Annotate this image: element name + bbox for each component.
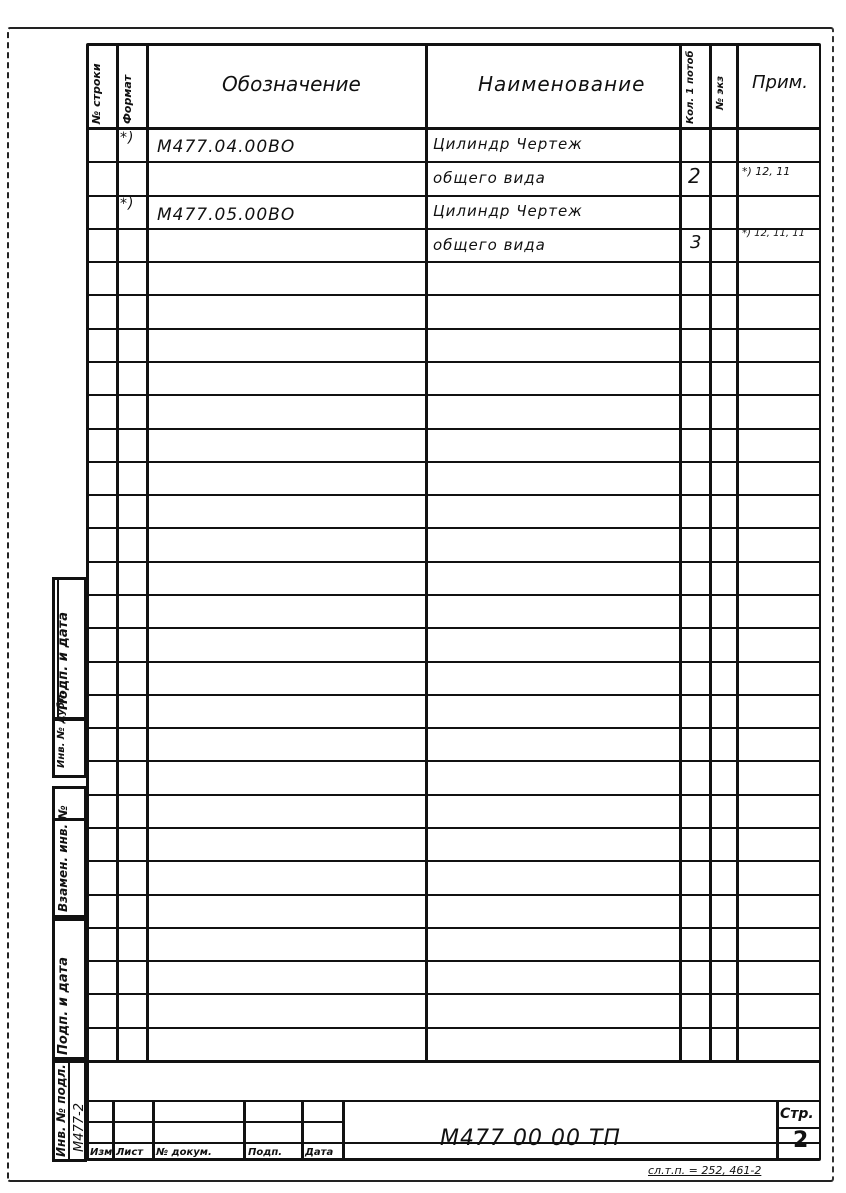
row-designation-cell: М477.04.00ВО <box>157 137 295 157</box>
header-qty: Кол. 1 потоб <box>685 50 696 124</box>
header-note: Прим. <box>752 72 808 93</box>
row-qty-cell: 3 <box>690 232 702 253</box>
row-divider-line <box>86 261 821 263</box>
side-stamp-label: Инв. № дубл. <box>56 691 67 768</box>
document-code: М477 00 00 ТП <box>440 1126 621 1151</box>
row-divider-line <box>86 294 821 296</box>
header-bottom-line <box>86 127 821 130</box>
tb-label-docnum: № докум. <box>156 1147 212 1158</box>
row-divider-line <box>86 228 821 230</box>
row-divider-line <box>86 860 821 862</box>
row-note-cell: *) 12, 11 <box>742 165 790 178</box>
header-name: Наименование <box>478 72 645 96</box>
footer-stamp: сл.т.п. = 252, 461-2 <box>648 1164 761 1177</box>
title-block-mid-line <box>86 1121 344 1123</box>
side-stamp-inner-line <box>68 1060 70 1162</box>
row-name-cell: общего вида <box>433 236 546 254</box>
row-divider-line <box>86 960 821 962</box>
row-divider-line <box>86 661 821 663</box>
header-line-no: № строки <box>90 63 103 124</box>
row-designation-cell: М477.05.00ВО <box>157 205 295 225</box>
tb-col-sign <box>301 1100 304 1160</box>
row-divider-line <box>86 594 821 596</box>
row-divider-line <box>86 827 821 829</box>
row-divider-line <box>86 927 821 929</box>
row-qty-cell: 2 <box>688 164 702 188</box>
row-name-cell: Цилиндр Чертеж <box>433 202 583 220</box>
row-divider-line <box>86 195 821 197</box>
row-divider-line <box>86 627 821 629</box>
row-divider-line <box>86 1027 821 1029</box>
row-format-cell: *) <box>120 196 134 212</box>
side-stamp-label: Взамен. инв. № <box>56 805 70 912</box>
row-divider-line <box>86 428 821 430</box>
side-stamp-label: Инв. № подл. <box>54 1064 68 1157</box>
row-divider-line <box>86 1060 821 1063</box>
row-divider-line <box>86 361 821 363</box>
row-divider-line <box>86 694 821 696</box>
row-divider-line <box>86 461 821 463</box>
header-format: Формат <box>121 75 134 124</box>
row-divider-line <box>86 161 821 163</box>
tb-label-date: Дата <box>305 1147 333 1158</box>
title-block-top-line <box>86 1100 821 1102</box>
tb-label-izm: Изм. <box>90 1147 116 1158</box>
row-divider-line <box>86 993 821 995</box>
page-number: 2 <box>793 1128 808 1153</box>
tb-col-date <box>342 1100 345 1160</box>
row-divider-line <box>86 894 821 896</box>
row-divider-line <box>86 494 821 496</box>
page-label: Стр. <box>780 1106 814 1122</box>
row-divider-line <box>86 328 821 330</box>
row-note-cell: *) 12, 11, 11 <box>742 228 812 239</box>
tb-label-sign: Подп. <box>248 1147 282 1158</box>
tb-label-list: Лист <box>116 1147 143 1158</box>
tb-col-docnum <box>243 1100 246 1160</box>
row-name-cell: общего вида <box>433 169 546 187</box>
row-divider-line <box>86 760 821 762</box>
row-divider-line <box>86 527 821 529</box>
header-designation: Обозначение <box>222 72 361 96</box>
side-stamp-inv-value: М477-2 <box>72 1103 87 1152</box>
tb-col-list <box>152 1100 155 1160</box>
row-name-cell: Цилиндр Чертеж <box>433 135 583 153</box>
row-divider-line <box>86 727 821 729</box>
row-format-cell: *) <box>120 130 134 146</box>
row-divider-line <box>86 394 821 396</box>
side-stamp-label: Подп. и дата <box>56 957 71 1055</box>
tb-col-page <box>776 1100 779 1160</box>
header-copy-no: № экз <box>715 76 726 110</box>
row-divider-line <box>86 794 821 796</box>
row-divider-line <box>86 561 821 563</box>
